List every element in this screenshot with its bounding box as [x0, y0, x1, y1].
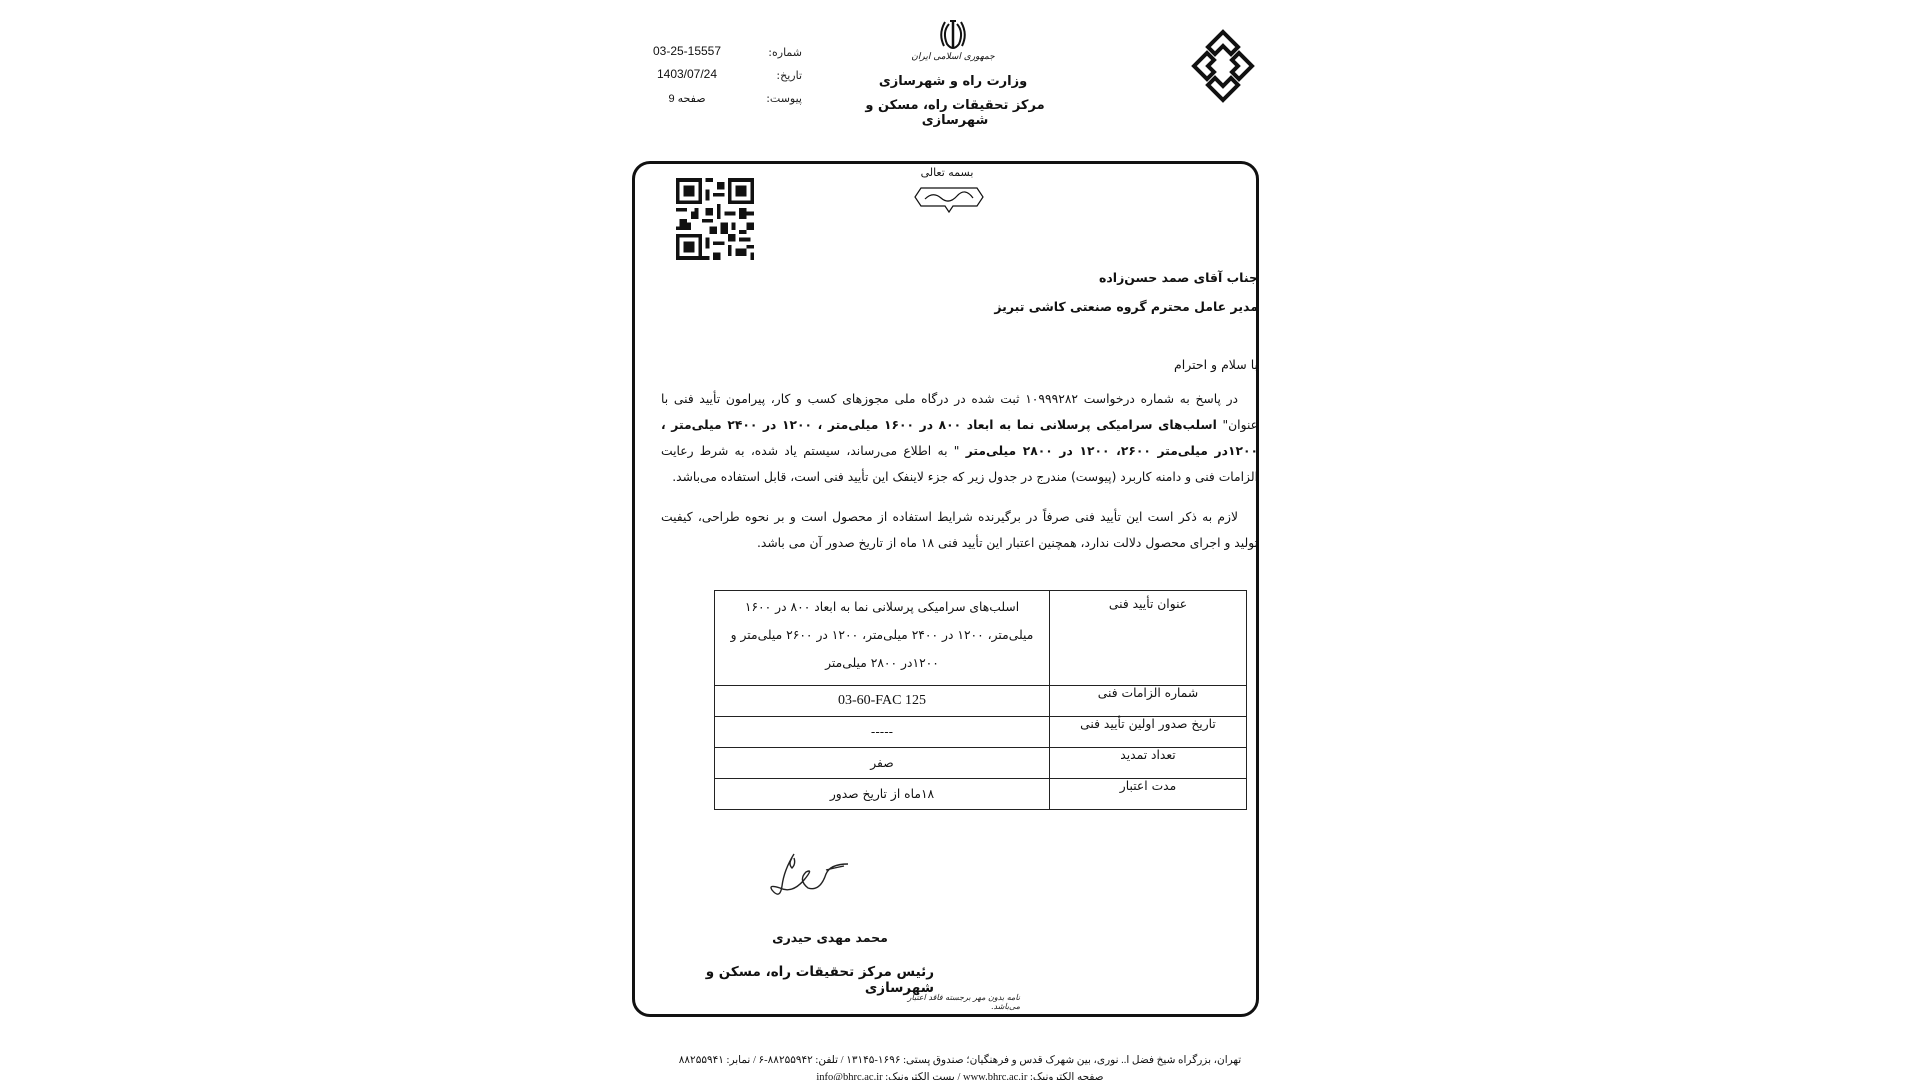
letter-number: 03-25-15557 — [637, 44, 737, 58]
letter-frame — [632, 161, 1259, 1017]
row-label: تاریخ صدور اولین تأیید فنی — [1050, 717, 1247, 748]
bismillah-text: بسمه تعالی — [912, 166, 982, 179]
body-paragraph-1: در پاسخ به شماره درخواست ۱۰۹۹۹۲۸۲ ثبت شد… — [661, 386, 1258, 490]
signer-title: رئیس مرکز تحقیقات راه، مسکن و شهرسازی — [694, 964, 934, 996]
iran-emblem-icon — [938, 18, 968, 52]
table-row: تاریخ صدور اولین تأیید فنی ----- — [715, 717, 1247, 748]
date-label: تاریخ: — [742, 69, 802, 82]
signer-name: محمد مهدی حیدری — [760, 930, 900, 945]
footer-address: تهران، بزرگراه شیخ فضل ا.. نوری، بین شهر… — [660, 1054, 1260, 1066]
ministry-name: وزارت راه و شهرسازی — [860, 74, 1046, 89]
recipient-title: مدیر عامل محترم گروه صنعتی کاشی تبریز — [994, 299, 1258, 314]
bhrc-logo-icon — [1188, 28, 1258, 104]
footer-contact: صفحه الکترونیک: www.bhrc.ac.ir / پست الک… — [660, 1071, 1260, 1080]
row-value: 03-60-FAC 125 — [715, 686, 1050, 717]
letter-date: 1403/07/24 — [637, 67, 737, 81]
center-name: مرکز تحقیقات راه، مسکن و شهرسازی — [840, 98, 1070, 128]
row-label: مدت اعتبار — [1050, 779, 1247, 810]
row-value: ۱۸ماه از تاریخ صدور — [715, 779, 1050, 810]
row-label: شماره الزامات فنی — [1050, 686, 1247, 717]
signature-icon — [764, 850, 854, 910]
seal-note: نامه بدون مهر برجسته فاقد اعتبار می‌باشد… — [880, 993, 1020, 1011]
table-row: شماره الزامات فنی 03-60-FAC 125 — [715, 686, 1247, 717]
row-value: ----- — [715, 717, 1050, 748]
table-row: تعداد تمدید صفر — [715, 748, 1247, 779]
row-value: صفر — [715, 748, 1050, 779]
attachment-value: صفحه 9 — [637, 92, 737, 105]
table-row: عنوان تأیید فنی اسلب‌های سرامیکی پرسلانی… — [715, 591, 1247, 686]
row-value: اسلب‌های سرامیکی پرسلانی نما به ابعاد ۸۰… — [715, 591, 1050, 686]
number-label: شماره: — [742, 46, 802, 59]
row-label: تعداد تمدید — [1050, 748, 1247, 779]
republic-text: جمهوری اسلامی ایران — [898, 52, 1008, 62]
motto-badge-icon — [913, 182, 985, 214]
attachment-label: پیوست: — [742, 92, 802, 105]
qr-code-icon — [676, 178, 754, 260]
body-paragraph-2: لازم به ذکر است این تأیید فنی صرفاً در ب… — [661, 504, 1258, 556]
table-row: مدت اعتبار ۱۸ماه از تاریخ صدور — [715, 779, 1247, 810]
approval-table: عنوان تأیید فنی اسلب‌های سرامیکی پرسلانی… — [714, 590, 1247, 810]
recipient-name: جناب آقای صمد حسن‌زاده — [1099, 270, 1258, 285]
greeting: با سلام و احترام — [1174, 357, 1258, 372]
row-label: عنوان تأیید فنی — [1050, 591, 1247, 686]
